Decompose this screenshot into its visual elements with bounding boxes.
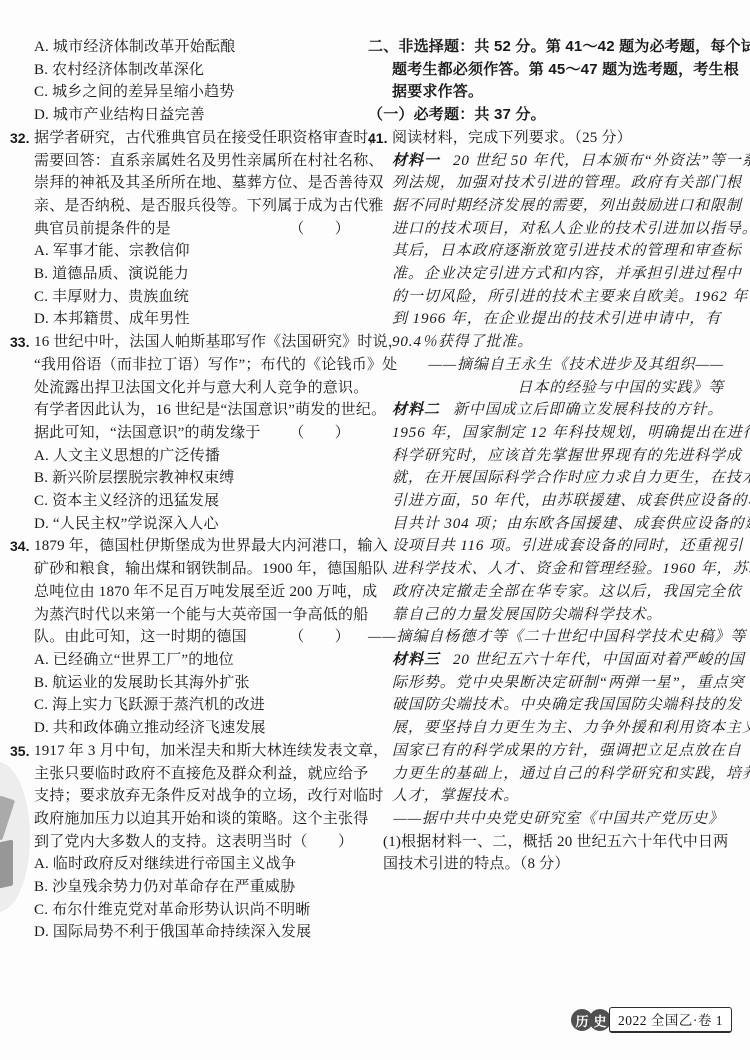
material-label-line: 材料三20 世纪五六十年代，中国面对着严峻的国 [368, 649, 726, 672]
option-line: D. 共和政体确立推动经济飞速发展 [10, 717, 356, 740]
line-text: D. 共和政体确立推动经济飞速发展 [34, 720, 266, 736]
line-text: ——摘编自王永生《技术进步及其组织—— [429, 357, 724, 373]
material-label: 材料三 [392, 652, 440, 668]
line-text: 二、非选择题：共 52 分。第 41～42 题为必考题，每个试 [368, 38, 750, 55]
line-text: C. 丰厚财力、贵族血统 [34, 289, 189, 305]
line-text: D. 城市产业结构日益完善 [34, 107, 205, 123]
line-text: 其后，日本政府逐渐放宽引进技术的管理和审查标 [392, 243, 742, 259]
citation-line: ——摘编自王永生《技术进步及其组织—— [368, 354, 726, 377]
subsection-header-line: （一）必考题：共 37 分。 [368, 104, 726, 127]
material-label-line: 材料一20 世纪 50 年代，日本颁布“外资法”等一系 [368, 150, 726, 173]
line-text: D. “人民主权”学说深入人心 [34, 516, 219, 532]
line-text: 力更生的基础上，通过自己的科学研究和实践，培养 [392, 766, 750, 782]
question-continuation-line: 政府施加压力以迫其开始和谈的策略。这个主张得 [10, 808, 356, 831]
line-text: 有学者因此认为，16 世纪是“法国意识”萌发的世纪。 [34, 402, 386, 418]
line-text: 政府施加压力以迫其开始和谈的策略。这个主张得 [34, 811, 368, 827]
line-text: (1)根据材料一、二，概括 20 世纪五六十年代中日两 [383, 834, 728, 850]
material-text-line: 进科学技术、人才、资金和管理经验。1960 年，苏联 [368, 558, 726, 581]
question-prompt-end-line: 队。由此可知，这一时期的德国（ ） [10, 626, 356, 649]
question-start-line: 32.据学者研究，古代雅典官员在接受任职资格审查时， [10, 127, 356, 150]
option-line: D. 城市产业结构日益完善 [10, 104, 356, 127]
question-number: 34. [10, 535, 34, 558]
question-continuation-line: 总吨位由 1870 年不足百万吨发展至近 200 万吨，成 [10, 581, 356, 604]
line-text: 新中国成立后即确立发展科技的方针。 [453, 402, 723, 418]
line-text: D. 国际局势不利于俄国革命持续深入发展 [34, 924, 311, 940]
answer-bracket: （ ） [289, 218, 350, 241]
material-text-line: 据不同时期经济发展的需要，列出鼓励进口和限制 [368, 195, 726, 218]
question-continuation-line: 矿砂和粮食，输出煤和钢铁制品。1900 年，德国船队 [10, 558, 356, 581]
answer-bracket: （ ） [289, 626, 350, 649]
section-header-line: 二、非选择题：共 52 分。第 41～42 题为必考题，每个试 [368, 36, 726, 59]
line-text: C. 布尔什维克党对革命形势认识尚不明晰 [34, 902, 311, 918]
option-line: A. 已经确立“世界工厂”的地位 [10, 649, 356, 672]
line-text: 进科学技术、人才、资金和管理经验。1960 年，苏联 [392, 561, 750, 577]
line-text: “我用俗语（而非拉丁语）写作”；布代的《论钱币》处 [34, 357, 397, 373]
question-prompt-end-line: 典官员前提条件的是（ ） [10, 218, 356, 241]
line-text: 矿砂和粮食，输出煤和钢铁制品。1900 年，德国船队 [34, 561, 388, 577]
line-text: 1917 年 3 月中旬，加米涅夫和斯大林连续发表文章， [34, 740, 388, 763]
line-text: 到 1966 年，在企业提出的技术引进申请中，有 [392, 311, 721, 327]
line-text: 科学研究时，应该首先掌握世界现有的先进科学成 [392, 448, 742, 464]
question-start-line: 41.阅读材料，完成下列要求。（25 分） [368, 127, 726, 150]
option-line: D. 国际局势不利于俄国革命持续深入发展 [10, 921, 356, 944]
line-text: 为蒸汽时代以来第一个能与大英帝国一争高低的船 [34, 607, 368, 623]
citation-line: ——据中共中央党史研究室《中国共产党历史》 [368, 808, 726, 831]
edition-label: 2022 全国乙·卷 1 [609, 1007, 732, 1033]
line-text: C. 海上实力飞跃源于蒸汽机的改进 [34, 697, 265, 713]
line-text: 亲、是否纳税、是否服兵役等。下列属于成为古代雅 [34, 198, 384, 214]
line-text: 1879 年，德国杜伊斯堡成为世界最大内河港口，输入 [34, 535, 388, 558]
option-line: C. 海上实力飞跃源于蒸汽机的改进 [10, 694, 356, 717]
line-text: （一）必考题：共 37 分。 [368, 106, 546, 123]
line-text: 破国防尖端技术。中央确定我国国防尖端科技的发 [392, 697, 742, 713]
line-text: 到了党内大多数人的支持。这表明当时 [34, 831, 292, 854]
material-text-line: 破国防尖端技术。中央确定我国国防尖端科技的发 [368, 694, 726, 717]
material-text-line: 设项目共 116 项。引进成套设备的同时，还重视引 [368, 535, 726, 558]
line-text: 进口的技术项目，对私人企业的技术引进加以指导。 [392, 221, 750, 237]
line-text: 90.4％获得了批准。 [392, 334, 533, 350]
line-text: 据此可知，“法国意识”的萌发缘于 [34, 422, 261, 445]
material-text-line: 到 1966 年，在企业提出的技术引进申请中，有 [368, 308, 726, 331]
material-text-line: 的一切风险，所引进的技术主要来自欧美。1962 年 [368, 286, 726, 309]
question-continuation-line: 崇拜的神祇及其圣所所在地、墓葬方位、是否善待双 [10, 172, 356, 195]
question-start-line: 35.1917 年 3 月中旬，加米涅夫和斯大林连续发表文章， [10, 740, 356, 763]
answer-bracket: （ ） [292, 831, 353, 854]
material-text-line: 国家已有的科学成果的方针，强调把立足点放在自 [368, 740, 726, 763]
line-text: B. 航运业的发展助长其海外扩张 [34, 675, 250, 691]
question-prompt-end-line: 到了党内大多数人的支持。这表明当时（ ） [10, 831, 356, 854]
line-text: 主张只要临时政府不直接危及群众利益，就应给予 [34, 766, 368, 782]
page-footer: 历 史 2022 全国乙·卷 1 [571, 1007, 732, 1033]
line-text: 国技术引进的特点。（8 分） [383, 856, 570, 872]
line-text: 据学者研究，古代雅典官员在接受任职资格审查时， [34, 127, 384, 150]
line-text: 处流露出捍卫法国文化并与意大利人竞争的意识。 [34, 380, 368, 396]
line-text: D. 本邦籍贯、成年男性 [34, 311, 190, 327]
question-prompt-end-line: 据此可知，“法国意识”的萌发缘于（ ） [10, 422, 356, 445]
line-text: ——摘编自杨德才等《二十世纪中国科学技术史稿》等 [368, 629, 746, 645]
material-text-line: 就，在开展国际科学合作时应力求自力更生，在技术 [368, 467, 726, 490]
line-text: 20 世纪 50 年代，日本颁布“外资法”等一系 [453, 153, 750, 169]
line-text: 16 世纪中叶，法国人帕斯基耶写作《法国研究》时说， [34, 331, 403, 354]
question-continuation-line: 处流露出捍卫法国文化并与意大利人竞争的意识。 [10, 377, 356, 400]
question-start-line: 34.1879 年，德国杜伊斯堡成为世界最大内河港口，输入 [10, 535, 356, 558]
line-text: 国家已有的科学成果的方针，强调把立足点放在自 [392, 743, 742, 759]
line-text: B. 沙皇残余势力仍对革命存在严重威胁 [34, 879, 295, 895]
question-continuation-line: 支持；要求放弃无条件反对战争的立场，改行对临时 [10, 785, 356, 808]
line-text: 据要求作答。 [392, 83, 483, 100]
material-label: 材料二 [392, 402, 440, 418]
option-line: C. 布尔什维克党对革命形势认识尚不明晰 [10, 899, 356, 922]
line-text: C. 城乡之间的差异呈缩小趋势 [34, 84, 235, 100]
material-text-line: 列法规，加强对技术引进的管理。政府有关部门根 [368, 172, 726, 195]
material-text-line: 进口的技术项目，对私人企业的技术引进加以指导。 [368, 218, 726, 241]
material-text-line: 目共计 304 项；由东欧各国援建、成套供应设备的建 [368, 513, 726, 536]
option-line: C. 资本主义经济的迅猛发展 [10, 490, 356, 513]
line-text: 就，在开展国际科学合作时应力求自力更生，在技术 [392, 470, 750, 486]
material-text-line: 1956 年，国家制定 12 年科技规划，明确提出在进行 [368, 422, 726, 445]
line-text: A. 已经确立“世界工厂”的地位 [34, 652, 234, 668]
line-text: 队。由此可知，这一时期的德国 [34, 626, 247, 649]
question-number: 41. [368, 127, 392, 150]
section-header-line: 据要求作答。 [368, 81, 726, 104]
question-continuation-line: 亲、是否纳税、是否服兵役等。下列属于成为古代雅 [10, 195, 356, 218]
citation-line: 日本的经验与中国的实践》等 [368, 377, 726, 400]
material-text-line: 靠自己的力量发展国防尖端科学技术。 [368, 604, 726, 627]
line-text: 需要回答：直系亲属姓名及男性亲属所在村社名称、 [34, 153, 384, 169]
line-text: 目共计 304 项；由东欧各国援建、成套供应设备的建 [392, 516, 750, 532]
line-text: 阅读材料，完成下列要求。（25 分） [392, 127, 632, 150]
line-text: 政府决定撤走全部在华专家。这以后，我国完全依 [392, 584, 742, 600]
material-text-line: 展，要坚持自力更生为主、力争外援和利用资本主义 [368, 717, 726, 740]
material-text-line: 引进方面，50 年代，由苏联援建、成套供应设备的项 [368, 490, 726, 513]
line-text: A. 军事才能、宗教信仰 [34, 243, 190, 259]
material-label-line: 材料二新中国成立后即确立发展科技的方针。 [368, 399, 726, 422]
subject-char-1: 历 [575, 1011, 588, 1030]
line-text: 日本的经验与中国的实践》等 [517, 380, 724, 396]
line-text: B. 农村经济体制改革深化 [34, 62, 204, 78]
question-number: 32. [10, 127, 34, 150]
option-line: D. “人民主权”学说深入人心 [10, 513, 356, 536]
subquestion-line: (1)根据材料一、二，概括 20 世纪五六十年代中日两 [368, 831, 726, 854]
question-continuation-line: 有学者因此认为，16 世纪是“法国意识”萌发的世纪。 [10, 399, 356, 422]
question-continuation-line: 主张只要临时政府不直接危及群众利益，就应给予 [10, 763, 356, 786]
option-line: A. 人文主义思想的广泛传播 [10, 445, 356, 468]
material-text-line: 人才，掌握技术。 [368, 785, 726, 808]
question-continuation-line: 为蒸汽时代以来第一个能与大英帝国一争高低的船 [10, 604, 356, 627]
question-continuation-line: 需要回答：直系亲属姓名及男性亲属所在村社名称、 [10, 150, 356, 173]
option-line: B. 新兴阶层摆脱宗教神权束缚 [10, 467, 356, 490]
line-text: 引进方面，50 年代，由苏联援建、成套供应设备的项 [392, 493, 750, 509]
line-text: 20 世纪五六十年代，中国面对着严峻的国 [453, 652, 745, 668]
citation-line: ——摘编自杨德才等《二十世纪中国科学技术史稿》等 [368, 626, 726, 649]
left-column: A. 城市经济体制改革开始酝酿B. 农村经济体制改革深化C. 城乡之间的差异呈缩… [10, 36, 356, 944]
line-text: 人才，掌握技术。 [392, 788, 519, 804]
line-text: A. 临时政府反对继续进行帝国主义战争 [34, 856, 296, 872]
question-number: 33. [10, 331, 34, 354]
line-text: 际形势。党中央果断决定研制“两弹一星”，重点突 [392, 675, 744, 691]
line-text: 展，要坚持自力更生为主、力争外援和利用资本主义 [392, 720, 750, 736]
material-label: 材料一 [392, 153, 440, 169]
line-text: 的一切风险，所引进的技术主要来自欧美。1962 年 [392, 289, 748, 305]
material-text-line: 90.4％获得了批准。 [368, 331, 726, 354]
line-text: ——据中共中央党史研究室《中国共产党历史》 [393, 811, 724, 827]
question-continuation-line: “我用俗语（而非拉丁语）写作”；布代的《论钱币》处 [10, 354, 356, 377]
line-text: A. 城市经济体制改革开始酝酿 [34, 39, 235, 55]
option-line: A. 军事才能、宗教信仰 [10, 240, 356, 263]
line-text: 靠自己的力量发展国防尖端科学技术。 [392, 607, 662, 623]
right-column: 二、非选择题：共 52 分。第 41～42 题为必考题，每个试题考生都必须作答。… [368, 36, 726, 876]
option-line: B. 农村经济体制改革深化 [10, 59, 356, 82]
line-text: 总吨位由 1870 年不足百万吨发展至近 200 万吨，成 [34, 584, 377, 600]
line-text: A. 人文主义思想的广泛传播 [34, 448, 220, 464]
line-text: 题考生都必须作答。第 45～47 题为选考题，考生根 [392, 61, 739, 78]
material-text-line: 其后，日本政府逐渐放宽引进技术的管理和审查标 [368, 240, 726, 263]
section-header-line: 题考生都必须作答。第 45～47 题为选考题，考生根 [368, 59, 726, 82]
option-line: D. 本邦籍贯、成年男性 [10, 308, 356, 331]
line-text: C. 资本主义经济的迅猛发展 [34, 493, 219, 509]
subquestion-line: 国技术引进的特点。（8 分） [368, 853, 726, 876]
option-line: B. 沙皇残余势力仍对革命存在严重威胁 [10, 876, 356, 899]
line-text: 准。企业决定引进方式和内容，并承担引进过程中 [392, 266, 742, 282]
option-line: B. 道德品质、演说能力 [10, 263, 356, 286]
option-line: B. 航运业的发展助长其海外扩张 [10, 672, 356, 695]
subject-badge-circle-2: 史 [589, 1009, 611, 1031]
option-line: A. 城市经济体制改革开始酝酿 [10, 36, 356, 59]
material-text-line: 科学研究时，应该首先掌握世界现有的先进科学成 [368, 445, 726, 468]
material-text-line: 政府决定撤走全部在华专家。这以后，我国完全依 [368, 581, 726, 604]
line-text: 据不同时期经济发展的需要，列出鼓励进口和限制 [392, 198, 742, 214]
option-line: C. 丰厚财力、贵族血统 [10, 286, 356, 309]
question-number: 35. [10, 740, 34, 763]
line-text: 典官员前提条件的是 [34, 218, 171, 241]
option-line: C. 城乡之间的差异呈缩小趋势 [10, 81, 356, 104]
line-text: B. 道德品质、演说能力 [34, 266, 189, 282]
line-text: B. 新兴阶层摆脱宗教神权束缚 [34, 470, 235, 486]
option-line: A. 临时政府反对继续进行帝国主义战争 [10, 853, 356, 876]
line-text: 设项目共 116 项。引进成套设备的同时，还重视引 [392, 538, 743, 554]
exam-page: A. 城市经济体制改革开始酝酿B. 农村经济体制改革深化C. 城乡之间的差异呈缩… [0, 0, 750, 1060]
material-text-line: 际形势。党中央果断决定研制“两弹一星”，重点突 [368, 672, 726, 695]
line-text: 列法规，加强对技术引进的管理。政府有关部门根 [392, 175, 742, 191]
material-text-line: 准。企业决定引进方式和内容，并承担引进过程中 [368, 263, 726, 286]
line-text: 崇拜的神祇及其圣所所在地、墓葬方位、是否善待双 [34, 175, 384, 191]
line-text: 支持；要求放弃无条件反对战争的立场，改行对临时 [34, 788, 384, 804]
material-text-line: 力更生的基础上，通过自己的科学研究和实践，培养 [368, 763, 726, 786]
answer-bracket: （ ） [289, 422, 350, 445]
line-text: 1956 年，国家制定 12 年科技规划，明确提出在进行 [392, 425, 750, 441]
question-start-line: 33.16 世纪中叶，法国人帕斯基耶写作《法国研究》时说， [10, 331, 356, 354]
subject-char-2: 史 [593, 1011, 606, 1030]
